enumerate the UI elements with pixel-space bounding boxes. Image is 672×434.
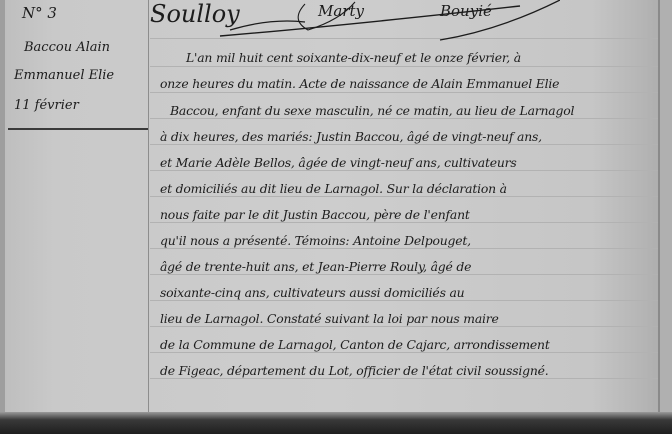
ruled-line xyxy=(150,222,658,223)
record-text-line: lieu de Larnagol. Constaté suivant la lo… xyxy=(160,311,499,326)
signature-flourish-icon xyxy=(140,0,560,50)
page-left-edge xyxy=(0,0,5,420)
ruled-line xyxy=(150,274,658,275)
record-text-line: à dix heures, des mariés: Justin Baccou,… xyxy=(160,129,542,144)
record-text-line: âgé de trente-huit ans, et Jean-Pierre R… xyxy=(160,259,471,274)
document-page: N° 3 Baccou Alain Emmanuel Elie 11 févri… xyxy=(0,0,672,420)
margin-surname-given: Baccou Alain xyxy=(24,40,110,55)
record-number: N° 3 xyxy=(22,4,57,22)
ruled-line xyxy=(150,170,658,171)
book-binding-edge xyxy=(0,412,672,434)
ruled-line xyxy=(150,196,658,197)
ruled-line xyxy=(150,92,658,93)
record-text-line: et domiciliés au dit lieu de Larnagol. S… xyxy=(160,181,507,196)
ruled-line xyxy=(150,378,658,379)
record-text-line: de la Commune de Larnagol, Canton de Caj… xyxy=(160,337,550,352)
record-text-line: de Figeac, département du Lot, officier … xyxy=(160,363,549,378)
record-text-line: onze heures du matin. Acte de naissance … xyxy=(160,76,559,91)
ruled-line xyxy=(150,118,658,119)
margin-given-names: Emmanuel Elie xyxy=(14,68,114,83)
margin-date: 11 février xyxy=(14,98,79,113)
record-text-line: soixante-cinq ans, cultivateurs aussi do… xyxy=(160,285,464,300)
margin-divider xyxy=(8,128,148,130)
record-text-line: L'an mil huit cent soixante-dix-neuf et … xyxy=(186,50,521,65)
ruled-line xyxy=(150,248,658,249)
record-text-line: nous faite par le dit Justin Baccou, pèr… xyxy=(160,207,470,222)
margin-rule xyxy=(148,0,149,412)
ruled-line xyxy=(150,66,658,67)
ruled-line xyxy=(150,144,658,145)
record-text-line: et Marie Adèle Bellos, âgée de vingt-neu… xyxy=(160,155,517,170)
ruled-line xyxy=(150,300,658,301)
adjacent-page-edge xyxy=(660,0,672,420)
record-text-line: qu'il nous a présenté. Témoins: Antoine … xyxy=(160,233,471,248)
record-text-line: Baccou, enfant du sexe masculin, né ce m… xyxy=(170,103,574,118)
ruled-line xyxy=(150,326,658,327)
ruled-line xyxy=(150,352,658,353)
